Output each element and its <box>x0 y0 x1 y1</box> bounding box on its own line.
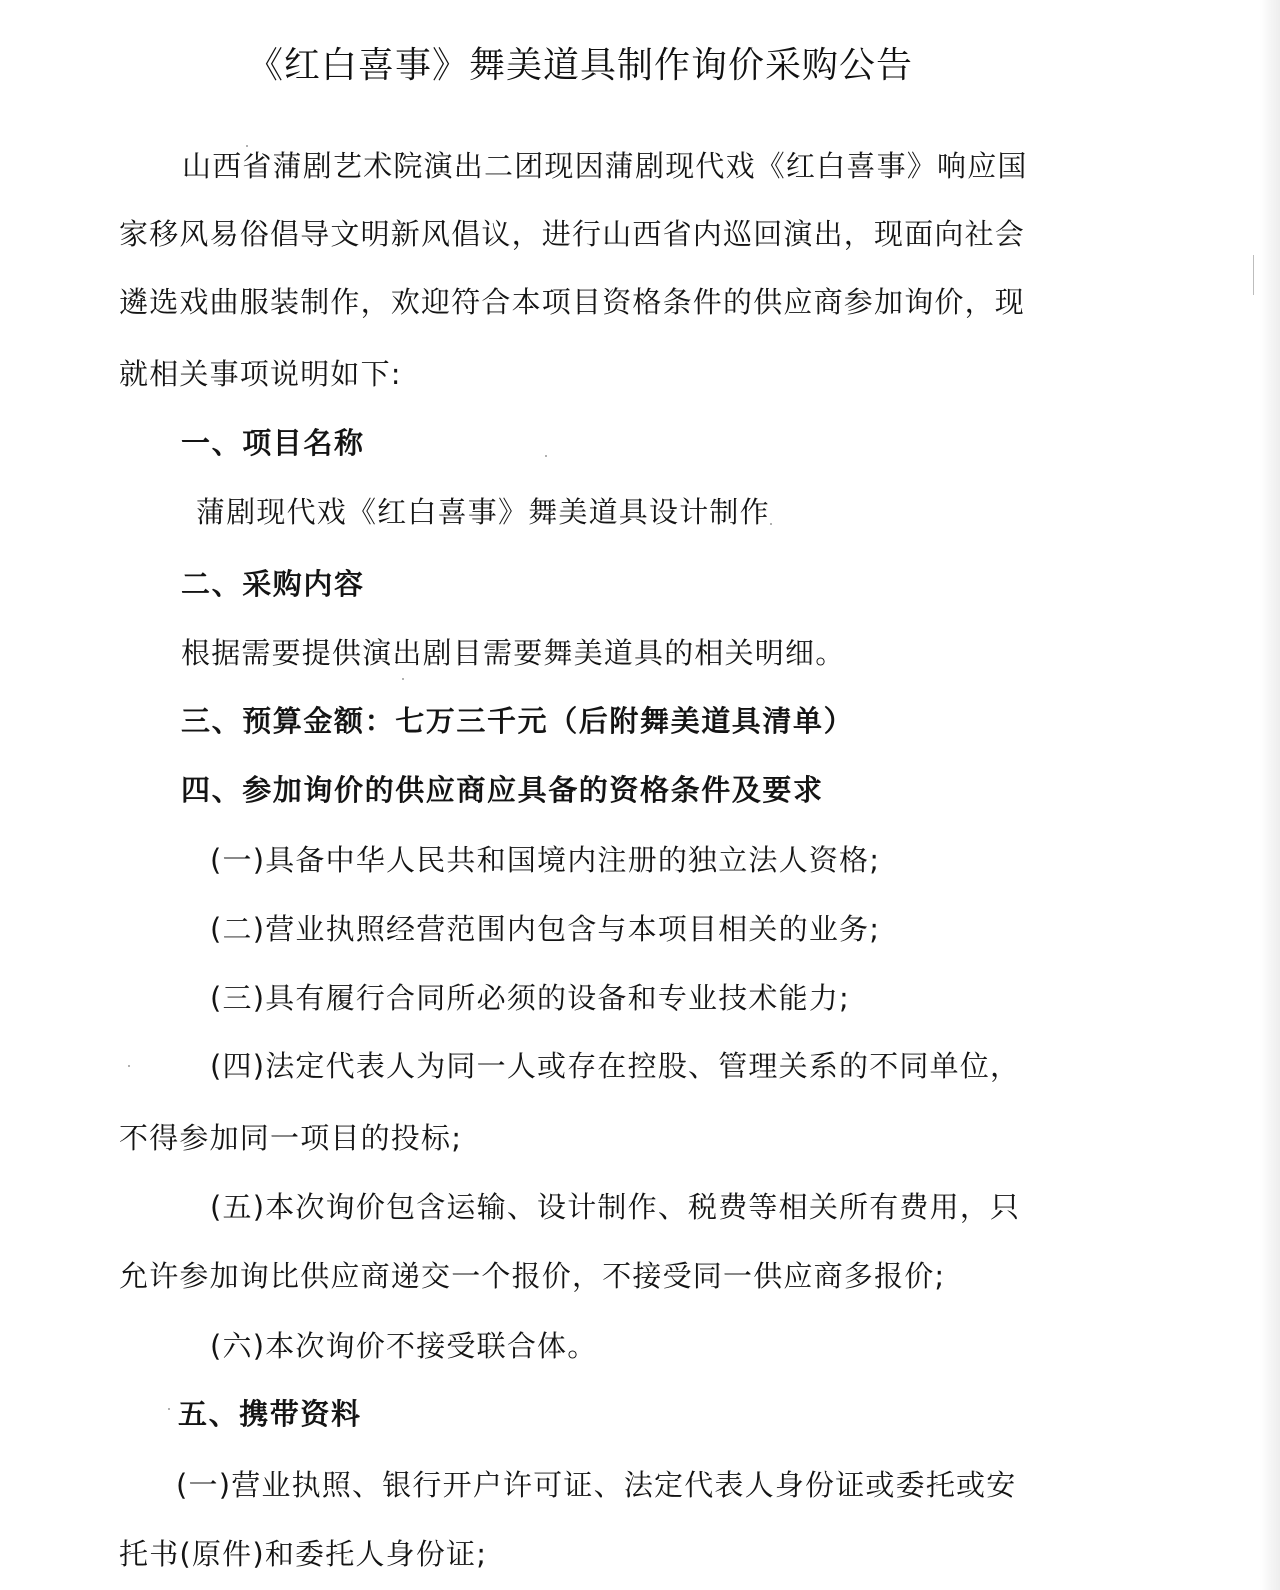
list-item: (三)具有履行合同所必须的设备和专业技术能力; <box>210 980 850 1016</box>
section-heading: 二、采购内容 <box>181 566 365 602</box>
list-item: (六)本次询价不接受联合体。 <box>210 1328 597 1364</box>
scan-speck <box>545 455 547 457</box>
section-heading: 三、预算金额：七万三千元（后附舞美道具清单） <box>181 703 854 739</box>
document-title: 《红白喜事》舞美道具制作询价采购公告 <box>0 44 1160 88</box>
list-item: (一)营业执照、银行开户许可证、法定代表人身份证或委托或安 <box>176 1467 1016 1503</box>
section-heading: 一、项目名称 <box>181 425 365 461</box>
scan-speck <box>770 523 772 525</box>
section-heading: 五、携带资料 <box>178 1396 362 1432</box>
intro-line-4: 就相关事项说明如下: <box>119 356 402 392</box>
scan-speck <box>246 145 248 147</box>
list-item: (四)法定代表人为同一人或存在控股、管理关系的不同单位， <box>210 1048 1020 1084</box>
list-item-continuation: 不得参加同一项目的投标; <box>119 1120 462 1156</box>
list-item-continuation: 托书(原件)和委托人身份证; <box>119 1536 487 1572</box>
section-heading: 四、参加询价的供应商应具备的资格条件及要求 <box>181 772 824 808</box>
section-body: 根据需要提供演出剧目需要舞美道具的相关明细。 <box>181 635 845 671</box>
scan-speck <box>402 678 404 680</box>
scan-speck <box>168 1408 170 1410</box>
section-body: 蒲剧现代戏《红白喜事》舞美道具设计制作 <box>196 494 770 530</box>
intro-line-2: 家移风易俗倡导文明新风倡议，进行山西省内巡回演出，现面向社会 <box>119 216 1025 252</box>
intro-line-3: 遴选戏曲服装制作，欢迎符合本项目资格条件的供应商参加询价，现 <box>119 284 1025 320</box>
list-item-continuation: 允许参加询比供应商递交一个报价，不接受同一供应商多报价; <box>119 1258 945 1294</box>
scan-speck <box>345 1557 347 1559</box>
intro-line-1: 山西省蒲剧艺术院演出二团现因蒲剧现代戏《红白喜事》响应国 <box>182 148 1028 184</box>
scan-artifact-line <box>1253 255 1254 295</box>
list-item: (五)本次询价包含运输、设计制作、税费等相关所有费用，只 <box>210 1189 1020 1225</box>
scan-speck <box>128 1065 130 1067</box>
scanned-page-edge <box>1260 0 1280 1590</box>
list-item: (二)营业执照经营范围内包含与本项目相关的业务; <box>210 911 880 947</box>
list-item: (一)具备中华人民共和国境内注册的独立法人资格; <box>210 842 880 878</box>
